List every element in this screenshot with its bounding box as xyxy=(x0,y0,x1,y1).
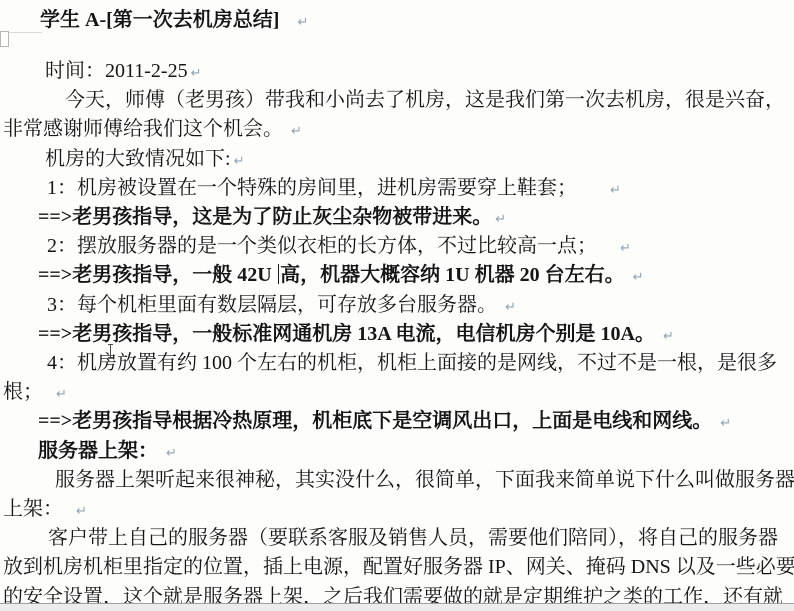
ibeam-cursor-icon xyxy=(106,344,115,358)
line-text: 2：摆放服务器的是一个类似衣柜的长方体，不过比较高一点； xyxy=(47,235,617,257)
line-text: 服务器上架听起来很神秘，其实没什么，很简单，下面我来简单说下什么叫做服务器 xyxy=(55,469,794,491)
doc-line-item-2[interactable]: 2：摆放服务器的是一个类似衣柜的长方体，不过比较高一点； ↵ xyxy=(0,232,794,261)
doc-line[interactable]: 服务器上架听起来很神秘，其实没什么，很简单，下面我来简单说下什么叫做服务器 xyxy=(0,466,794,495)
line-text: 放到机房机柜里指定的位置，插上电源，配置好服务器 IP、网关、掩码 DNS 以及… xyxy=(3,556,794,578)
line-text: 1：机房被设置在一个特殊的房间里，进机房需要穿上鞋套； xyxy=(47,177,607,199)
doc-line-note-3[interactable]: ==>老男孩指导，一般标准网通机房 13A 电流，电信机房个别是 10A。 ↵ xyxy=(0,320,794,349)
paragraph-mark-icon: ↵ xyxy=(76,504,87,519)
paragraph-mark-icon: ↵ xyxy=(505,300,516,315)
doc-line[interactable]: 根； ↵ xyxy=(0,378,794,407)
text-caret xyxy=(278,264,280,284)
doc-line-item-1[interactable]: 1：机房被设置在一个特殊的房间里，进机房需要穿上鞋套； ↵ xyxy=(0,174,794,203)
line-text: 服务器上架： xyxy=(38,440,163,462)
line-text: 今天，师傅（老男孩）带我和小尚去了机房，这是我们第一次去机房，很是兴奋， xyxy=(65,89,785,111)
line-text: 非常感谢师傅给我们这个机会。 xyxy=(3,118,288,140)
paragraph-mark-icon: ↵ xyxy=(620,241,631,256)
doc-line-note-2[interactable]: ==>老男孩指导，一般 42U 高，机器大概容纳 1U 机器 20 台左右。 ↵ xyxy=(0,261,794,290)
doc-title-line[interactable]: 学生 A-[第一次去机房总结] ↵ xyxy=(0,6,794,35)
doc-line[interactable]: 客户带上自己的服务器（要联系客服及销售人员，需要他们陪同），将自己的服务器 xyxy=(0,524,794,553)
doc-line[interactable]: 今天，师傅（老男孩）带我和小尚去了机房，这是我们第一次去机房，很是兴奋， xyxy=(0,86,794,115)
paragraph-mark-icon: ↵ xyxy=(495,212,506,227)
document-page[interactable]: 学生 A-[第一次去机房总结] ↵ 时间：2011-2-25↵ 今天，师傅（老男… xyxy=(0,0,794,611)
paragraph-mark-icon: ↵ xyxy=(291,124,302,139)
line-text: 客户带上自己的服务器（要联系客服及销售人员，需要他们陪同），将自己的服务器 xyxy=(48,527,778,549)
doc-line-item-3[interactable]: 3：每个机柜里面有数层隔层，可存放多台服务器。 ↵ xyxy=(0,291,794,320)
line-text: ==>老男孩指导，一般标准网通机房 13A 电流，电信机房个别是 10A。 xyxy=(38,323,660,345)
line-text: 4：机房放置有约 100 个左右的机柜，机柜上面接的是网线，不过不是一根，是很多 xyxy=(47,352,777,374)
paragraph-mark-icon: ↵ xyxy=(56,387,67,402)
doc-line[interactable]: 机房的大致情况如下:↵ xyxy=(0,145,794,174)
doc-line-note-4[interactable]: ==>老男孩指导根据冷热原理，机柜底下是空调风出口，上面是电线和网线。 ↵ xyxy=(0,407,794,436)
line-text: ==>老男孩指导，这是为了防止灰尘杂物被带进来。 xyxy=(38,206,492,228)
doc-line[interactable]: 放到机房机柜里指定的位置，插上电源，配置好服务器 IP、网关、掩码 DNS 以及… xyxy=(0,553,794,582)
line-text: 根； xyxy=(3,381,53,403)
line-text: 3：每个机柜里面有数层隔层，可存放多台服务器。 xyxy=(47,294,502,316)
paragraph-mark-icon: ↵ xyxy=(234,154,245,169)
paragraph-mark-icon: ↵ xyxy=(191,66,202,81)
paragraph-mark-icon: ↵ xyxy=(166,446,177,461)
line-text: ==>老男孩指导根据冷热原理，机柜底下是空调风出口，上面是电线和网线。 xyxy=(38,410,717,432)
doc-line[interactable]: 非常感谢师傅给我们这个机会。 ↵ xyxy=(0,115,794,144)
paragraph-mark-icon: ↵ xyxy=(610,183,621,198)
doc-line-date[interactable]: 时间：2011-2-25↵ xyxy=(0,57,794,86)
line-text: 机房的大致情况如下: xyxy=(45,148,231,170)
line-text: ==>老男孩指导，一般 42U xyxy=(38,264,277,286)
doc-line[interactable]: 上架： ↵ xyxy=(0,495,794,524)
paragraph-mark-icon: ↵ xyxy=(633,270,644,285)
doc-title-text: 学生 A-[第一次去机房总结] xyxy=(40,9,294,31)
paragraph-mark-icon: ↵ xyxy=(663,329,674,344)
doc-line-section-heading[interactable]: 服务器上架： ↵ xyxy=(0,437,794,466)
paragraph-mark-icon: ↵ xyxy=(720,416,731,431)
doc-line-note-1[interactable]: ==>老男孩指导，这是为了防止灰尘杂物被带进来。↵ xyxy=(0,203,794,232)
line-text: 时间：2011-2-25 xyxy=(45,60,188,82)
doc-line-item-4[interactable]: 4：机房放置有约 100 个左右的机柜，机柜上面接的是网线，不过不是一根，是很多 xyxy=(0,349,794,378)
line-text: 上架： xyxy=(3,498,73,520)
page-bottom-edge xyxy=(0,603,794,611)
line-text: 高，机器大概容纳 1U 机器 20 台左右。 xyxy=(280,264,629,286)
paragraph-mark-icon: ↵ xyxy=(297,15,308,30)
